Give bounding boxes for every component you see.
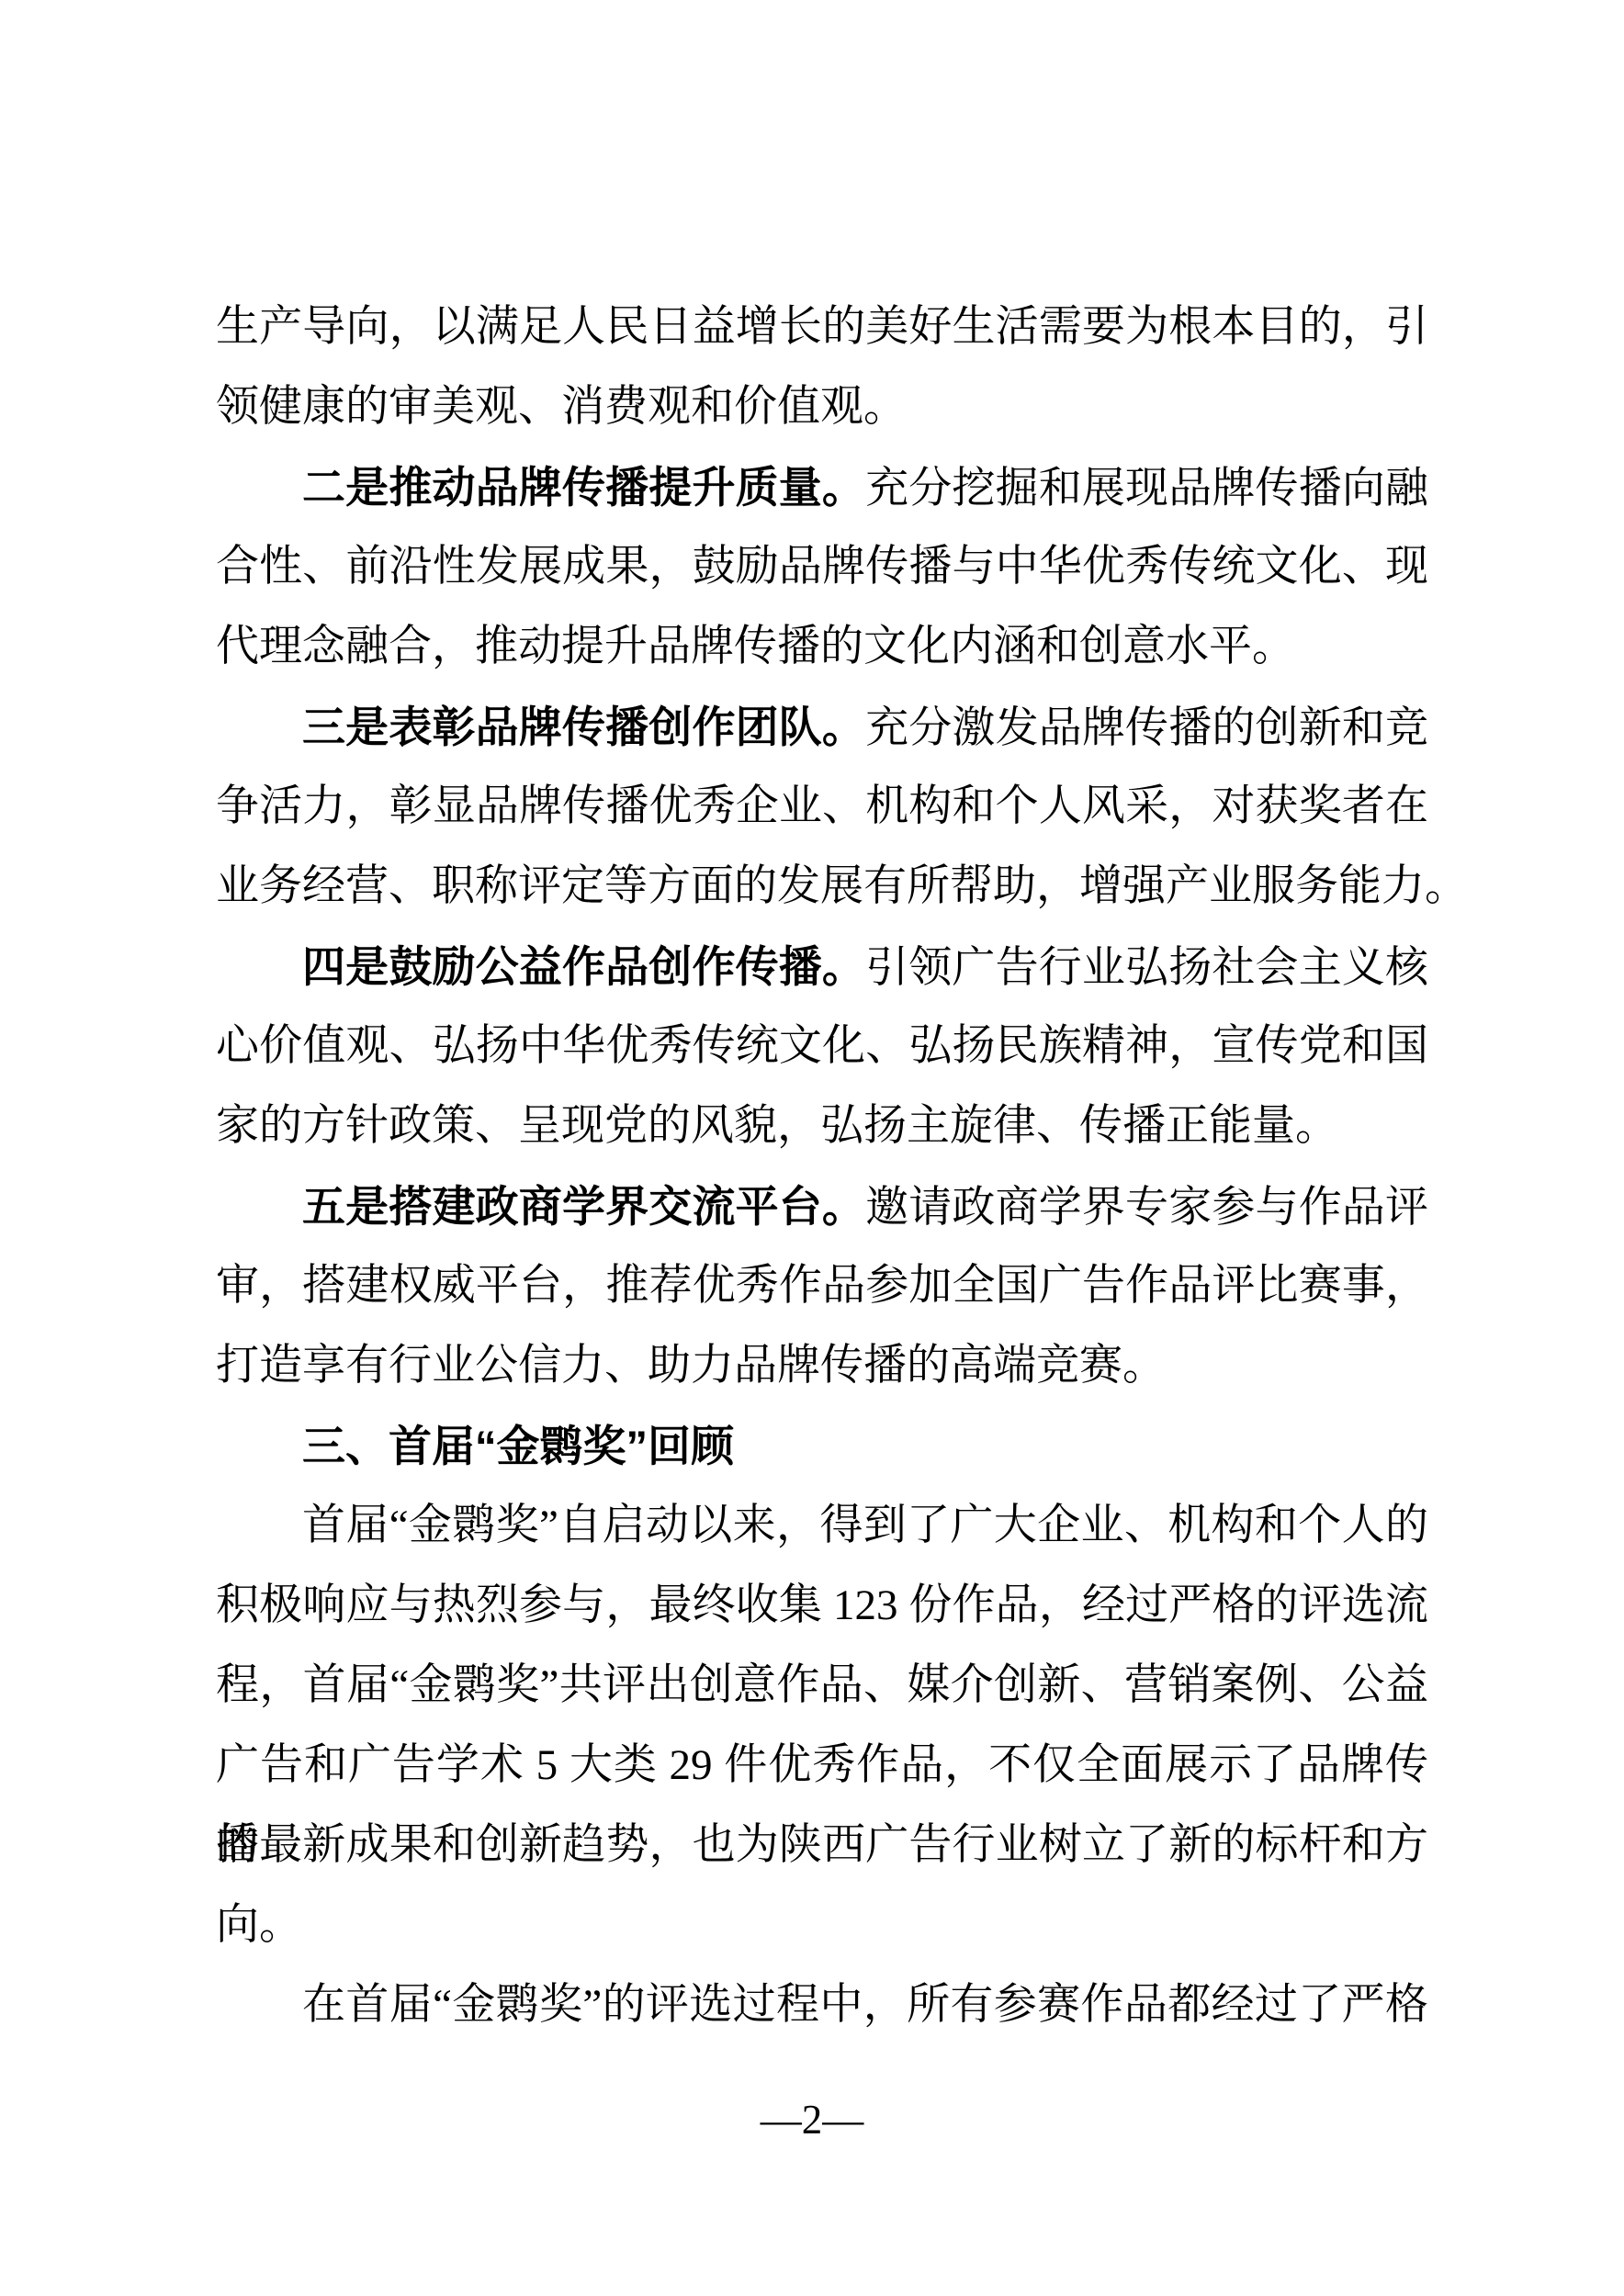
text-segment: 向。 <box>216 1901 302 1949</box>
page-number: —2— <box>0 2092 1624 2147</box>
text-segment: 在首届“金鹮奖”的评选过程中，所有参赛作品都经过了严格 <box>302 1981 1428 2029</box>
text-segment: 程，首届“金鹮奖”共评出创意作品、媒介创新、营销案例、公益 <box>216 1661 1428 1709</box>
text-line: 广告和广告学术 5 大类 29 件优秀作品，不仅全面展示了品牌传播 <box>216 1726 1428 1806</box>
text-line: 的最新成果和创新趋势，也为陕西广告行业树立了新的标杆和方 <box>216 1806 1428 1885</box>
bold-text-segment: 三、首届“金鹮奖”回顾 <box>302 1422 734 1470</box>
text-line: 打造享有行业公信力、助力品牌传播的高端竞赛。 <box>216 1326 1428 1406</box>
text-line: 首届“金鹮奖”自启动以来，得到了广大企业、机构和个人的 <box>216 1486 1428 1566</box>
text-line: 三是表彰品牌传播创作团队。充分激发品牌传播的创新和竞 <box>216 687 1428 767</box>
text-segment: 心价值观、弘扬中华优秀传统文化、弘扬民族精神，宣传党和国 <box>216 1022 1428 1070</box>
text-line: 领健康的审美观、消费观和价值观。 <box>216 367 1428 447</box>
text-line: 审，搭建权威平台，推荐优秀作品参加全国广告作品评比赛事， <box>216 1246 1428 1326</box>
text-line: 四是鼓励公益作品创作传播。引领广告行业弘扬社会主义核 <box>216 927 1428 1007</box>
text-segment: 充分挖掘和展现品牌传播向融 <box>865 465 1428 512</box>
text-segment: 首届“金鹮奖”自启动以来，得到了广大企业、机构和个人的 <box>302 1502 1428 1549</box>
text-line: 向。 <box>216 1885 1428 1965</box>
text-segment: 的最新成果和创新趋势，也为陕西广告行业树立了新的标杆和方 <box>216 1821 1428 1869</box>
text-line: 积极响应与热烈参与，最终收集 123 份作品，经过严格的评选流 <box>216 1566 1428 1646</box>
text-segment: 业务经营、职称评定等方面的发展有所帮助，增强产业服务能力。 <box>216 862 1468 910</box>
text-line: 合性、前沿性发展成果，鼓励品牌传播与中华优秀传统文化、现 <box>216 527 1428 607</box>
text-line: 争活力，彰显品牌传播优秀企业、机构和个人风采，对获奖者在 <box>216 767 1428 847</box>
text-segment: 邀请政商学界专家参与作品评 <box>865 1184 1428 1232</box>
text-line: 五是搭建政商学界交流平台。邀请政商学界专家参与作品评 <box>216 1166 1428 1246</box>
document-page: 生产导向，以满足人民日益增长的美好生活需要为根本目的，引领健康的审美观、消费观和… <box>0 0 1624 2296</box>
text-segment: 积极响应与热烈参与，最终收集 123 份作品，经过严格的评选流 <box>216 1581 1428 1629</box>
text-line: 代理念融合，推动提升品牌传播的文化内涵和创意水平。 <box>216 607 1428 687</box>
document-body: 生产导向，以满足人民日益增长的美好生活需要为根本目的，引领健康的审美观、消费观和… <box>216 287 1428 2045</box>
text-line: 程，首届“金鹮奖”共评出创意作品、媒介创新、营销案例、公益 <box>216 1646 1428 1726</box>
text-segment: 领健康的审美观、消费观和价值观。 <box>216 383 907 431</box>
bold-text-segment: 五是搭建政商学界交流平台。 <box>302 1182 865 1231</box>
text-line: 心价值观、弘扬中华优秀传统文化、弘扬民族精神，宣传党和国 <box>216 1007 1428 1086</box>
text-line: 家的方针政策、呈现党的风貌，弘扬主旋律、传播正能量。 <box>216 1086 1428 1166</box>
text-segment: 家的方针政策、呈现党的风貌，弘扬主旋律、传播正能量。 <box>216 1102 1338 1150</box>
text-segment: 充分激发品牌传播的创新和竞 <box>865 704 1428 752</box>
text-segment: 代理念融合，推动提升品牌传播的文化内涵和创意水平。 <box>216 623 1295 670</box>
text-segment: 合性、前沿性发展成果，鼓励品牌传播与中华优秀传统文化、现 <box>216 543 1428 591</box>
text-segment: 审，搭建权威平台，推荐优秀作品参加全国广告作品评比赛事， <box>216 1262 1428 1310</box>
text-line: 二是推动品牌传播提升质量。充分挖掘和展现品牌传播向融 <box>216 447 1428 527</box>
text-segment: 生产导向，以满足人民日益增长的美好生活需要为根本目的，引 <box>216 303 1428 351</box>
bold-text-segment: 三是表彰品牌传播创作团队。 <box>302 703 865 751</box>
bold-text-segment: 四是鼓励公益作品创作传播。 <box>302 942 865 991</box>
section-heading: 三、首届“金鹮奖”回顾 <box>216 1406 1428 1486</box>
text-line: 业务经营、职称评定等方面的发展有所帮助，增强产业服务能力。 <box>216 847 1428 927</box>
text-line: 在首届“金鹮奖”的评选过程中，所有参赛作品都经过了严格 <box>216 1965 1428 2045</box>
text-segment: 打造享有行业公信力、助力品牌传播的高端竞赛。 <box>216 1342 1166 1390</box>
text-segment: 争活力，彰显品牌传播优秀企业、机构和个人风采，对获奖者在 <box>216 782 1428 830</box>
bold-text-segment: 二是推动品牌传播提升质量。 <box>302 463 865 512</box>
text-line: 生产导向，以满足人民日益增长的美好生活需要为根本目的，引 <box>216 287 1428 367</box>
text-segment: 引领广告行业弘扬社会主义核 <box>865 944 1428 992</box>
